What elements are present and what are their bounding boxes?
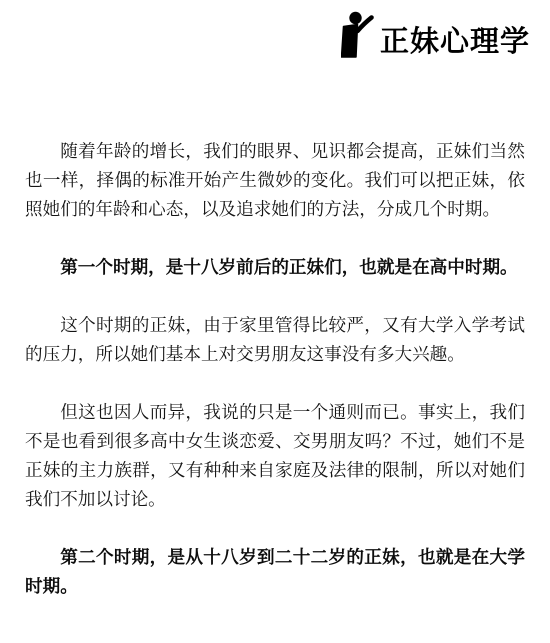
page-title: 正妹心理学: [380, 28, 530, 59]
book-page: 正妹心理学 随着年龄的增长，我们的眼界、见识都会提高，正妹们当然也一样，择偶的标…: [0, 0, 550, 643]
paragraph-period-two-heading: 第二个时期，是从十八岁到二十二岁的正妹，也就是在大学时期。: [25, 543, 525, 601]
page-header: 正妹心理学: [341, 11, 530, 59]
body-text: 随着年龄的增长，我们的眼界、见识都会提高，正妹们当然也一样，择偶的标准开始产生微…: [25, 137, 525, 630]
paragraph-period-one-detail: 这个时期的正妹，由于家里管得比较严，又有大学入学考试的压力，所以她们基本上对交男…: [25, 311, 525, 369]
paragraph-period-one-caveat: 但这也因人而异，我说的只是一个通则而已。事实上，我们不是也看到很多高中女生谈恋爱…: [25, 398, 525, 514]
paragraph-period-one-heading: 第一个时期，是十八岁前后的正妹们，也就是在高中时期。: [25, 253, 525, 282]
person-waving-icon: [341, 11, 375, 59]
paragraph-intro: 随着年龄的增长，我们的眼界、见识都会提高，正妹们当然也一样，择偶的标准开始产生微…: [25, 137, 525, 224]
